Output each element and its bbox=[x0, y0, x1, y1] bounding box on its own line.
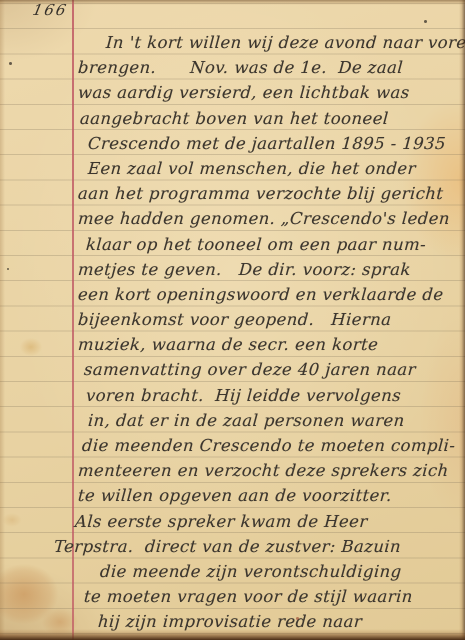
photo-edge-left bbox=[0, 0, 5, 640]
ink-speck bbox=[7, 268, 9, 270]
handwritten-line: In 't kort willen wij deze avond naar vo… bbox=[77, 30, 462, 55]
handwritten-line: een kort openingswoord en verklaarde de bbox=[77, 282, 462, 307]
handwritten-line: brengen. Nov. was de 1e. De zaal bbox=[77, 55, 462, 80]
handwritten-line: Als eerste spreker kwam de Heer bbox=[74, 509, 462, 534]
handwritten-line: aan het programma verzochte blij gericht bbox=[77, 181, 462, 206]
handwritten-line: voren bracht. Hij leidde vervolgens bbox=[77, 383, 462, 408]
ink-speck bbox=[9, 62, 12, 65]
handwritten-text-block: In 't kort willen wij deze avond naar vo… bbox=[78, 30, 461, 635]
handwritten-line: Crescendo met de jaartallen 1895 - 1935 bbox=[77, 131, 462, 156]
handwritten-line: metjes te geven. De dir. voorz: sprak bbox=[77, 257, 462, 282]
handwritten-line: bijeenkomst voor geopend. Hierna bbox=[77, 307, 462, 332]
handwritten-line: was aardig versierd, een lichtbak was bbox=[77, 80, 462, 105]
handwritten-line: aangebracht boven van het tooneel bbox=[77, 106, 462, 131]
photo-edge-top bbox=[0, 0, 465, 5]
page-number: 166 bbox=[31, 1, 69, 19]
handwritten-line: te moeten vragen voor de stijl waarin bbox=[77, 584, 462, 609]
handwritten-line: menteeren en verzocht deze sprekers zich bbox=[77, 458, 462, 483]
handwritten-line: samenvatting over deze 40 jaren naar bbox=[77, 357, 462, 382]
handwritten-line: Terpstra. direct van de zustver: Bazuin bbox=[53, 534, 462, 559]
handwritten-line: Een zaal vol menschen, die het onder bbox=[77, 156, 462, 181]
handwritten-line: muziek, waarna de secr. een korte bbox=[77, 332, 462, 357]
handwritten-line: in, dat er in de zaal personen waren bbox=[77, 408, 462, 433]
handwritten-line: klaar op het tooneel om een paar num- bbox=[77, 232, 462, 257]
handwritten-line: mee hadden genomen. „Crescendo's leden bbox=[77, 206, 462, 231]
notebook-page-scan: 166 In 't kort willen wij deze avond naa… bbox=[0, 0, 465, 640]
ink-speck bbox=[296, 617, 299, 620]
ink-speck bbox=[424, 20, 427, 23]
handwritten-line: die meende zijn verontschuldiging bbox=[77, 559, 462, 584]
handwritten-line: te willen opgeven aan de voorzitter. bbox=[77, 483, 462, 508]
handwritten-line: hij zijn improvisatie rede naar bbox=[77, 609, 462, 634]
handwritten-line: die meenden Crescendo te moeten compli- bbox=[77, 433, 462, 458]
